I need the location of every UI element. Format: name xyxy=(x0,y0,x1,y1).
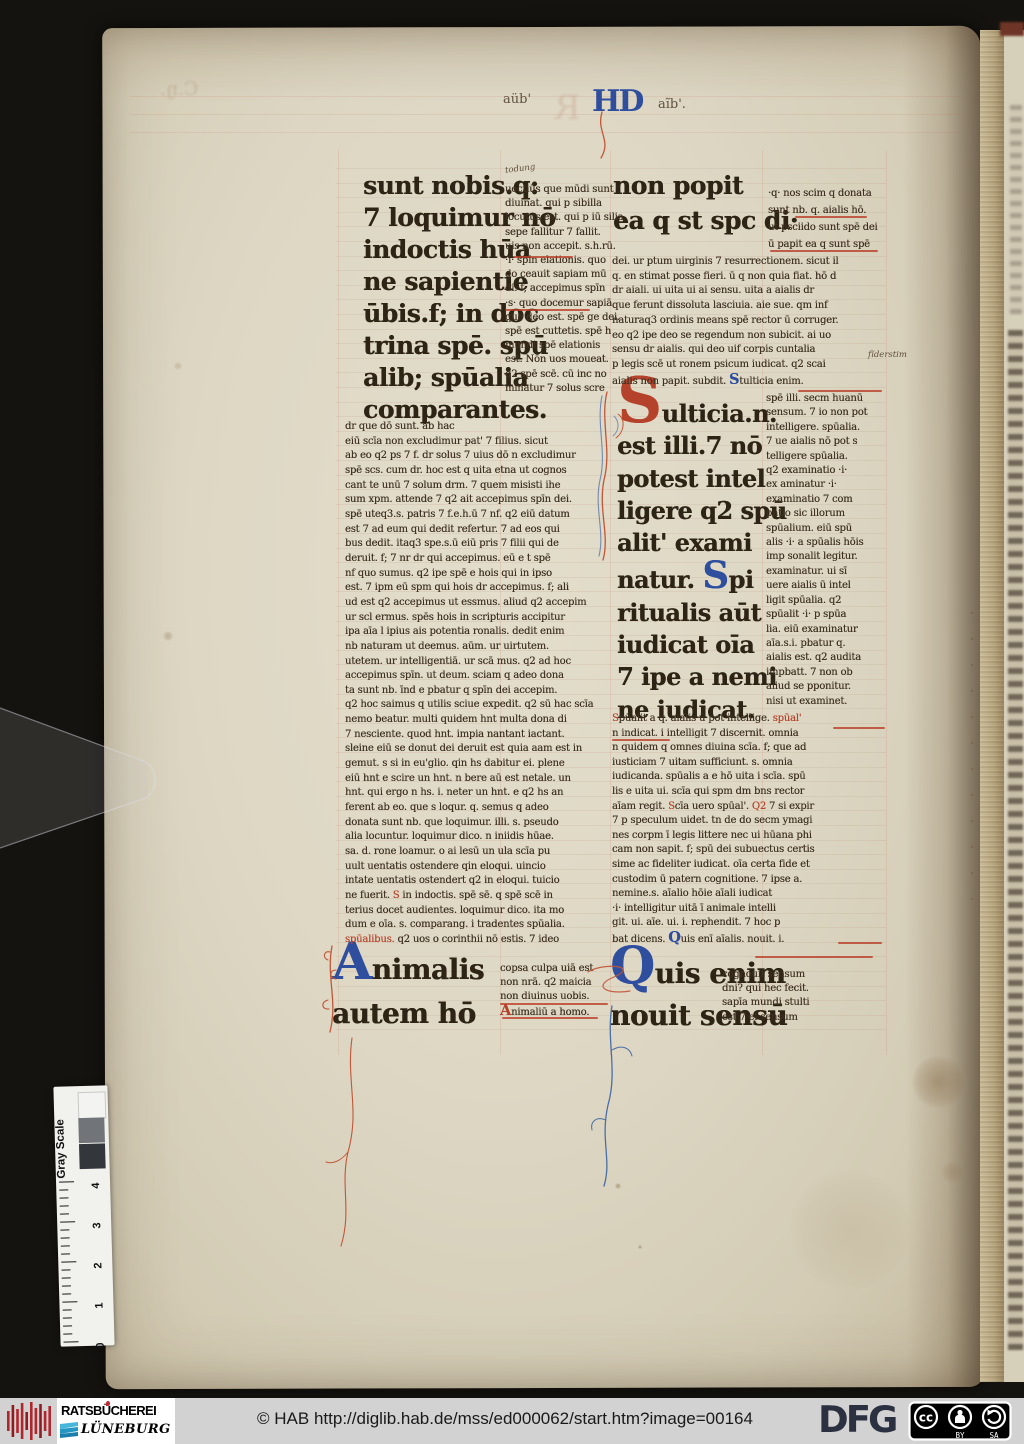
gloss-main-block: dr que dō sunt. ab haceiū scīa non exclu… xyxy=(345,420,593,948)
gray-patch-white xyxy=(78,1091,107,1119)
showthrough-initial: R xyxy=(555,88,581,128)
header-right-word: aĩb'. xyxy=(658,97,686,112)
red-umlaut-dot xyxy=(106,1401,110,1406)
gloss-bottom-right: cognouit sensumdni? qui hec fecit.sapīa … xyxy=(722,968,809,1025)
parchment-top-shading xyxy=(102,26,980,98)
header-left-word: aüb' xyxy=(503,92,531,107)
footer-bar: RATSBÜCHEREI LÜNEBURG © HAB http://digli… xyxy=(0,1398,1024,1444)
ratsbuecherei-logo-bars xyxy=(5,1400,53,1442)
digitized-manuscript-viewer: C.ŋ. R aüb' HD aĩb'. fĩderstim todung su… xyxy=(0,0,1024,1444)
facing-page-sliver xyxy=(1004,30,1024,1382)
gray-patch-dark xyxy=(79,1143,106,1169)
lemma-bottom-left: Animalisautem hō xyxy=(332,948,484,1036)
gloss-right-upper-wide: dei. ur ptum uirginis 7 resurrectionem. … xyxy=(612,255,838,389)
lemma-column-2-mid: Sulticia.n.est illi.7 nōpotest intellige… xyxy=(617,388,787,726)
grayscale-ruler: 43210 xyxy=(53,1085,107,1087)
gloss-column-mid: uectiūs que mūdi suntdiuinat. qui p sibi… xyxy=(505,183,623,396)
grayscale-title: Gray Scale xyxy=(53,1088,68,1178)
binding-edge xyxy=(1000,22,1024,36)
lueneburg-wordmark: LÜNEBURG xyxy=(81,1422,171,1437)
cc-sa-label: SA xyxy=(989,1431,999,1440)
dfg-logo: DFG xyxy=(818,1398,895,1440)
grayscale-card: Gray Scale 43210 xyxy=(53,1085,114,1346)
margin-note-right: fĩderstim xyxy=(868,350,907,360)
cc-by-sa-badge: cc BY SA xyxy=(908,1401,1012,1441)
copyright-url-text: © HAB http://diglib.hab.de/mss/ed000062/… xyxy=(180,1409,830,1429)
gloss-right-outer: spē illi. secm huanūsensum. 7 io non pot… xyxy=(766,392,867,709)
gloss-right-top: ·q· nos scim q donatasunt nb. q. aialis … xyxy=(768,185,878,253)
book-fore-edge xyxy=(980,30,1005,1382)
gloss-bottom-left: copsa culpa uiā estnon nrā. q2 maicianon… xyxy=(500,962,593,1020)
header-monogram: HD xyxy=(592,84,642,119)
book-fan-icon xyxy=(59,1421,79,1438)
showthrough-mark: C.ŋ. xyxy=(160,78,198,100)
gray-patch-mid xyxy=(78,1117,105,1143)
gloss-right-wide: Spūalit a q. aialis ū pot intellige. spū… xyxy=(612,712,814,948)
cc-by-label: BY xyxy=(955,1431,965,1440)
svg-text:cc: cc xyxy=(919,1411,933,1425)
ratsbuecherei-logo: RATSBÜCHEREI LÜNEBURG xyxy=(57,1398,175,1444)
gutter-shadow xyxy=(902,26,984,1387)
